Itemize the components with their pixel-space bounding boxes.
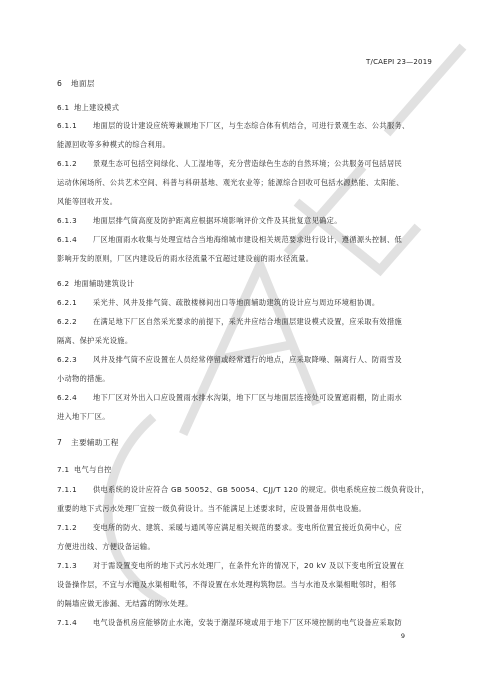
- clause-6-1-2-cont2: 风能等回收开发。: [57, 197, 117, 207]
- clause-6-2-3-cont: 小动物的措施。: [57, 374, 110, 384]
- section-heading-6-1: 6.1地上建设模式: [57, 103, 119, 113]
- clause-6-1-1: 6.1.1地面层的设计建设应统筹兼顾地下厂区，与生态综合体有机结合，可进行景观生…: [57, 121, 410, 131]
- clause-6-2-4: 6.2.4地下厂区对外出入口应设置雨水排水沟渠，地下厂区与地面层连接处可设置遮雨…: [57, 393, 402, 403]
- clause-6-1-3: 6.1.3地面层排气筒高度及防护距离应根据环境影响评价文件及其批复意见确定。: [57, 216, 342, 226]
- clause-6-2-2: 6.2.2在满足地下厂区自然采光要求的前提下，采光井应结合地面层建设模式设置，应…: [57, 317, 402, 327]
- clause-7-1-3-cont1: 设备操作层，不宜与水池及水渠相毗邻，不得设置在水处理构筑物层。当与水池及水渠相毗…: [57, 580, 396, 590]
- clause-7-1-2: 7.1.2变电所的防火、建筑、采暖与通风等应满足相关规范的要求。变电所位置宜接近…: [57, 523, 402, 533]
- clause-6-1-4: 6.1.4厂区地面雨水收集与处理宜结合当地海绵城市建设相关规范要求进行设计，遵循…: [57, 235, 402, 245]
- clause-7-1-3: 7.1.3对于需设置变电所的地下式污水处理厂，在条件允许的情况下，20 kV 及…: [57, 561, 404, 571]
- standard-code: T/CAEPI 23—2019: [366, 58, 432, 66]
- section-heading-6-2: 6.2地面辅助建筑设计: [57, 279, 134, 289]
- clause-7-1-4: 7.1.4电气设备机房应能够防止水淹，安装于潮湿环境或用于地下厂区环境控制的电气…: [57, 618, 402, 628]
- clause-6-1-2: 6.1.2景观生态可包括空间绿化、人工湿地等，充分营造绿色生态的自然环境；公共服…: [57, 159, 402, 169]
- clause-6-1-2-cont1: 运动休闲场所、公共艺术空间、科普与科研基地、观光农业等；能源综合回收可包括水源热…: [57, 178, 404, 188]
- section-heading-7-1: 7.1电气与自控: [57, 465, 112, 475]
- clause-6-2-2-cont: 隔离、保护采光设施。: [57, 336, 132, 346]
- clause-6-1-4-cont: 影响开发的原则，厂区内建设后的雨水径流量不宜超过建设前的雨水径流量。: [57, 254, 313, 264]
- clause-6-2-3: 6.2.3风井及排气筒不应设置在人员经常停留或经常通行的地点，应采取降噪、隔离行…: [57, 355, 402, 365]
- clause-7-1-3-cont2: 的隔墙应做无渗漏、无结露的防水处理。: [57, 599, 193, 609]
- clause-6-2-4-cont: 进入地下厂区。: [57, 412, 110, 422]
- clause-6-2-1: 6.2.1采光井、风井及排气筒、疏散楼梯间出口等地面辅助建筑的设计应与周边环境相…: [57, 298, 379, 308]
- section-heading-6: 6地面层: [57, 78, 95, 89]
- document-page: T/CAEPI 23—2019 6地面层 6.1地上建设模式 6.1.1地面层的…: [0, 0, 477, 674]
- clause-6-1-1-cont: 能源回收等多种模式的综合利用。: [57, 140, 170, 150]
- section-heading-7: 7主要辅助工程: [57, 437, 119, 448]
- page-number: 9: [401, 632, 405, 640]
- clause-7-1-1-cont: 重要的地下式污水处理厂宜按一级负荷设计。当不能满足上述要求时，应设置备用供电设施…: [57, 504, 366, 514]
- clause-7-1-1: 7.1.1供电系统的设计应符合 GB 50052、GB 50054、CJJ/T …: [57, 485, 429, 495]
- clause-7-1-2-cont: 方便进出线、方便设备运输。: [57, 542, 155, 552]
